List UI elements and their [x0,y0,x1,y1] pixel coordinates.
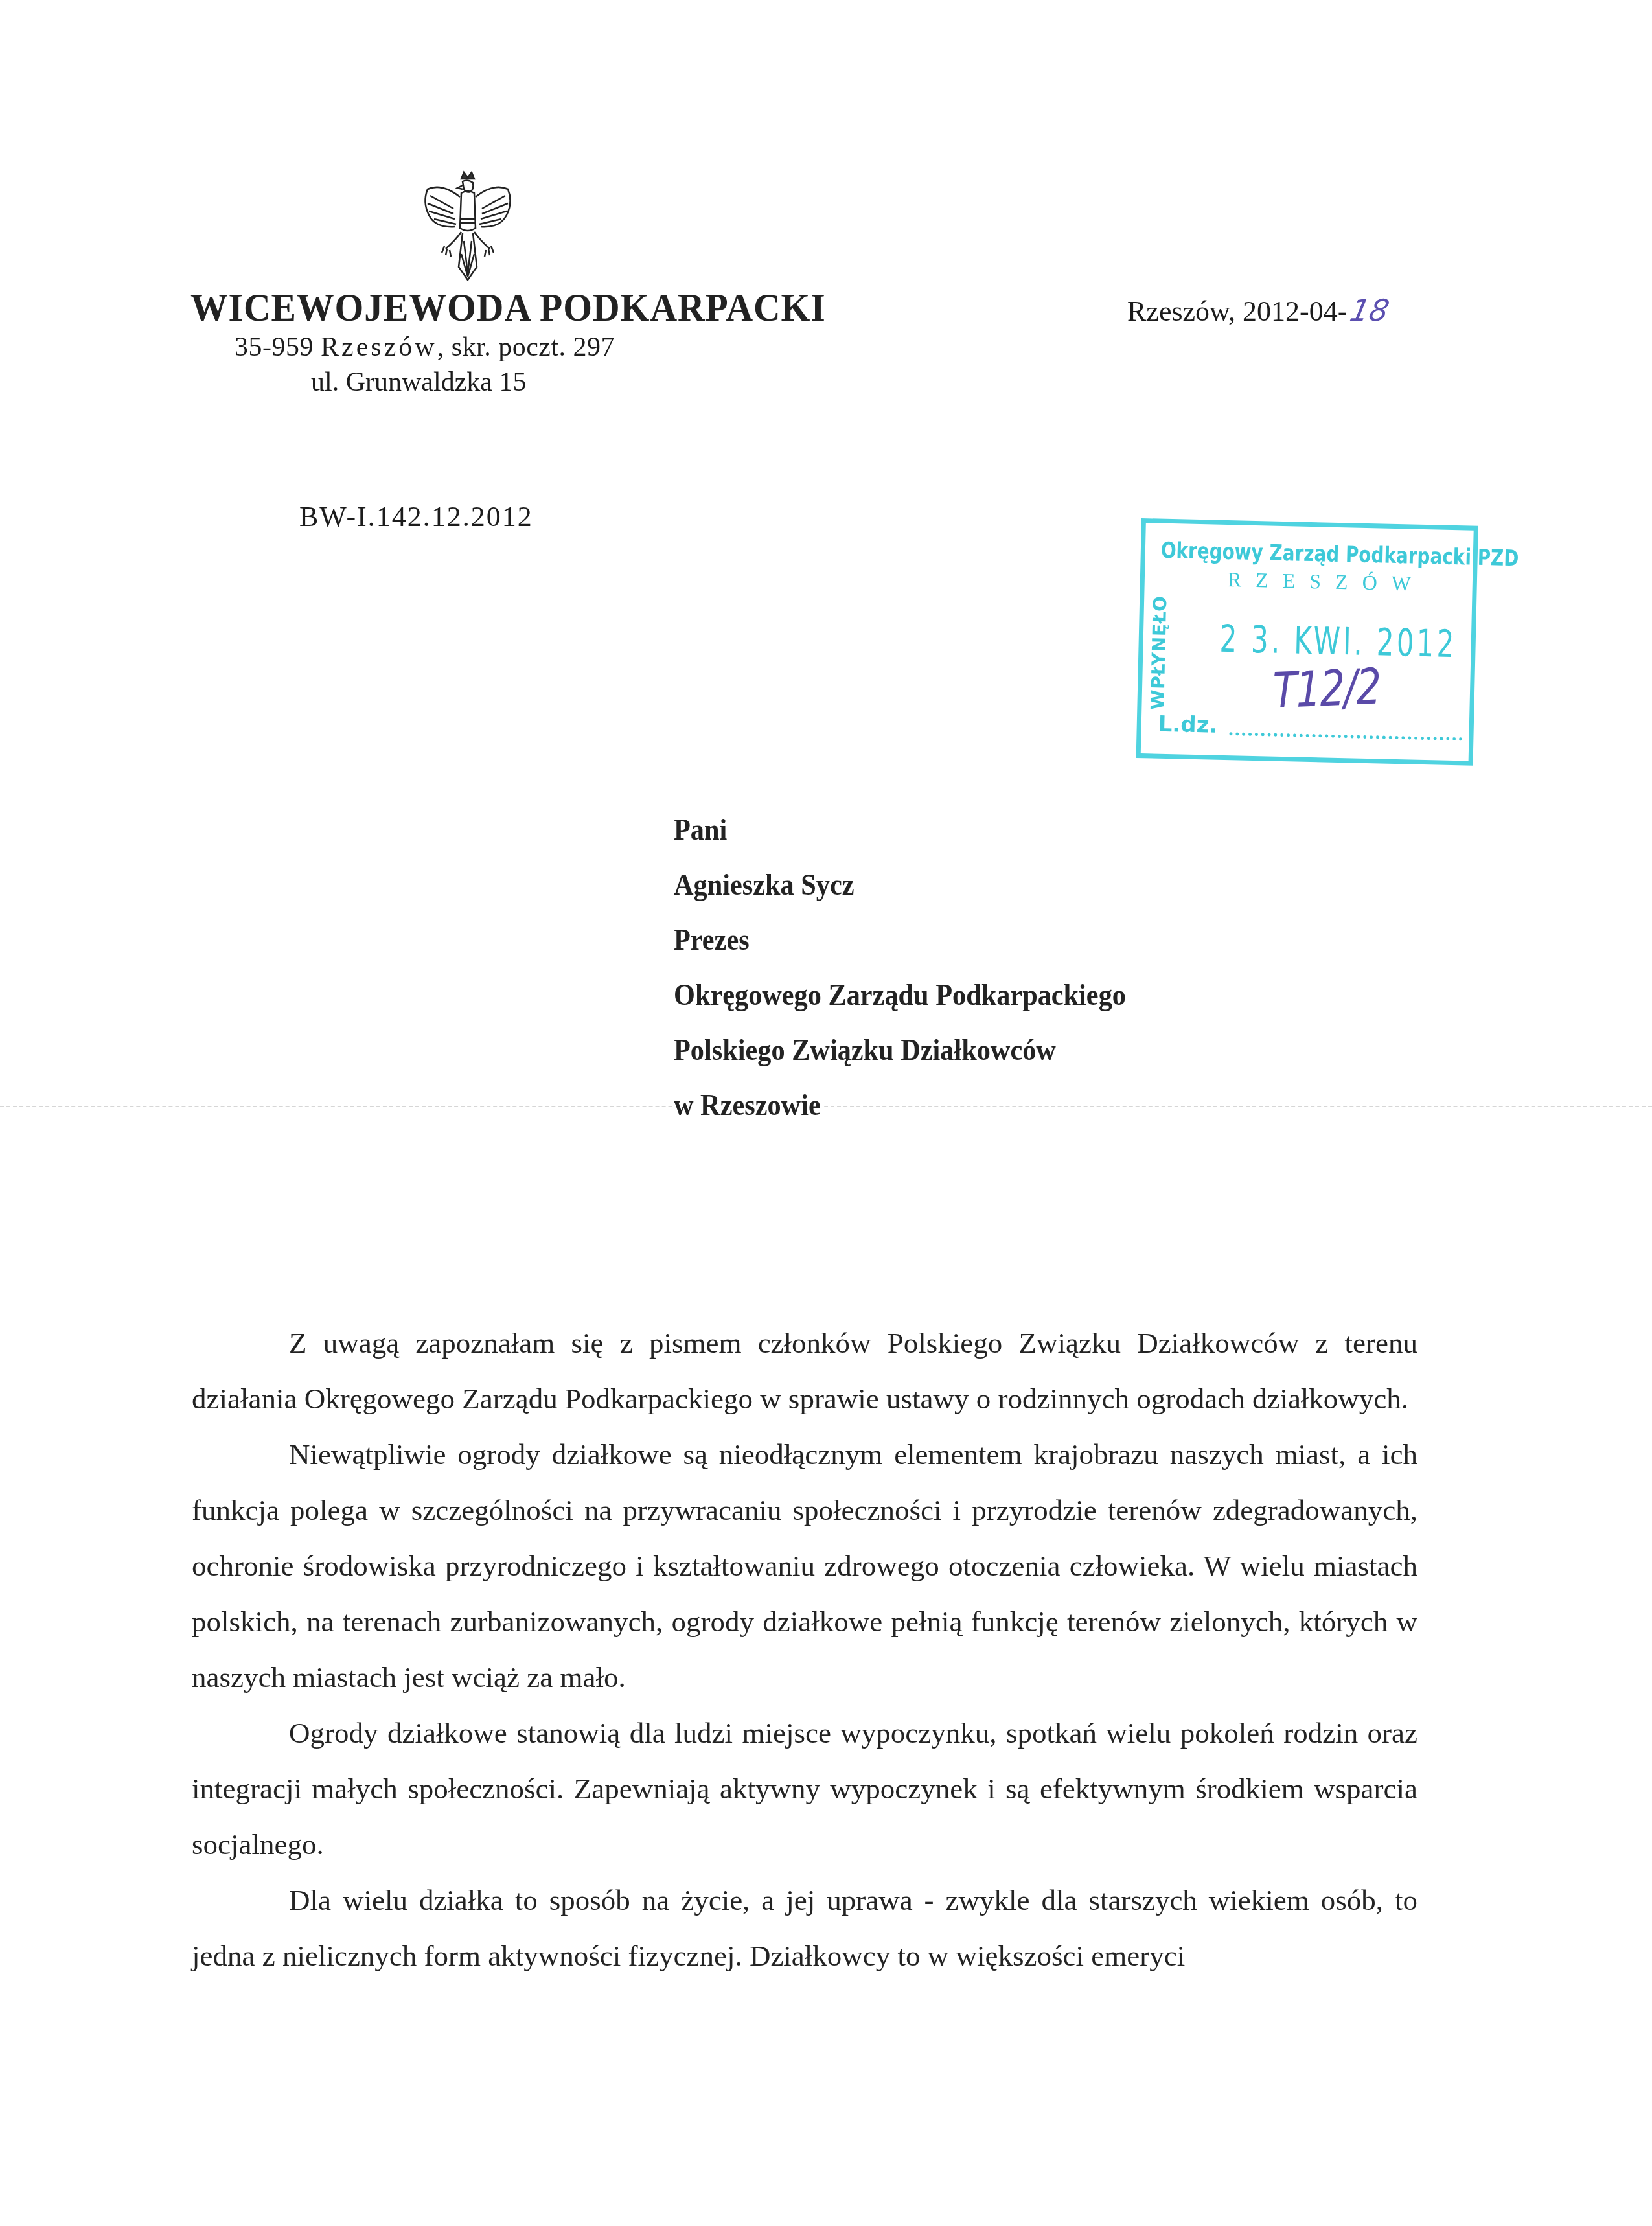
body-paragraph: Ogrody działkowe stanowią dla ludzi miej… [192,1705,1417,1872]
stamp-received-label: WPŁYNĘŁO [1147,595,1171,710]
addressee-name: Agnieszka Sycz [674,867,854,902]
polish-eagle-emblem-icon [416,170,520,286]
stamp-organization: Okręgowy Zarząd Podkarpacki PZD [1160,538,1519,572]
received-stamp: Okręgowy Zarząd Podkarpacki PZD RZESZÓW … [1136,518,1478,766]
addressee-organization-2: Polskiego Związku Działkowców [674,1033,1056,1068]
po-box: , skr. poczt. 297 [437,332,615,362]
letter-body: Z uwagą zapoznałam się z pismem członków… [192,1315,1417,1984]
city-name: Rzeszów [321,332,437,362]
body-paragraph: Z uwagą zapoznałam się z pismem członków… [192,1315,1417,1427]
stamp-ldz-handwritten: T12/2 [1272,658,1381,720]
stamp-city: RZESZÓW [1227,568,1425,596]
addressee-position: Prezes [674,923,750,958]
postal-code: 35-959 [235,332,321,362]
office-address-line-2: ul. Grunwaldzka 15 [311,367,526,398]
addressee-organization-1: Okręgowego Zarządu Podkarpackiego [674,978,1126,1013]
place-and-date: Rzeszów, 2012-04-18 [1127,293,1389,328]
reference-number: BW-I.142.12.2012 [299,500,533,533]
date-day-handwritten: 18 [1348,293,1393,328]
place-date-printed: Rzeszów, 2012-04- [1127,295,1347,327]
addressee-city: w Rzeszowie [674,1088,824,1123]
office-address-line-1: 35-959 Rzeszów, skr. poczt. 297 [235,332,615,363]
body-paragraph: Niewątpliwie ogrody działkowe są nieodłą… [192,1427,1417,1705]
office-title: WICEWOJEWODA PODKARPACKI [190,285,826,331]
stamp-ldz-label: L.dz. [1158,711,1218,739]
body-paragraph: Dla wielu działka to sposób na życie, a … [192,1872,1417,1984]
scan-fold-line [0,1106,1652,1107]
addressee-salutation: Pani [674,812,727,847]
stamp-ldz-dotted-line [1229,732,1462,740]
